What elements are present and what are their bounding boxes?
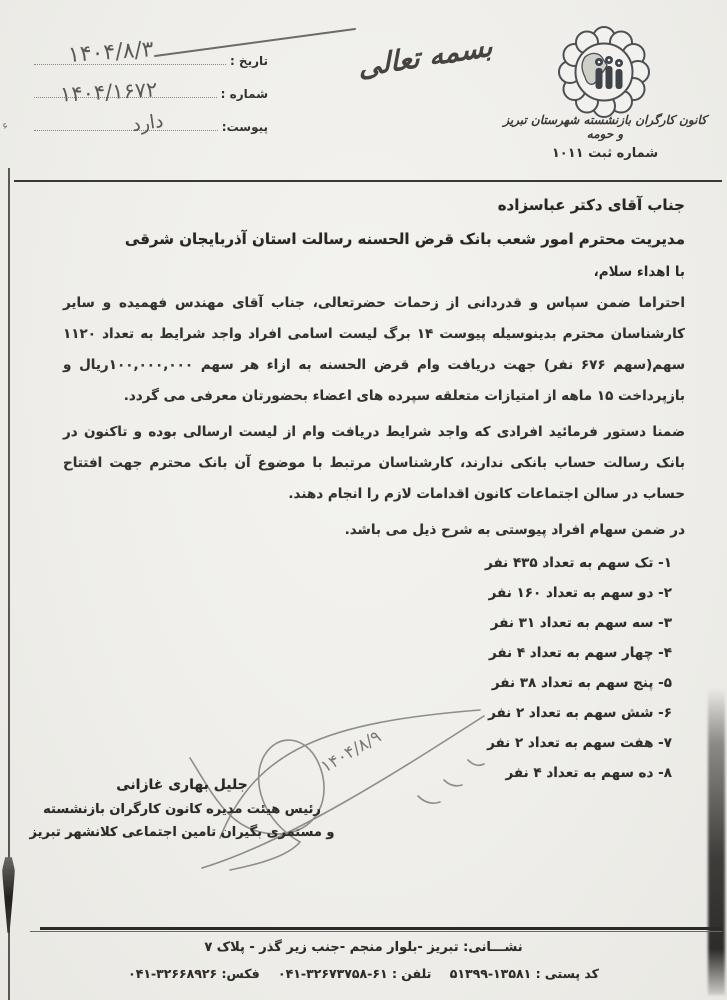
letter-body: جناب آقای دکتر عباسزاده مدیریت محترم امو… — [63, 194, 685, 551]
handwritten-stroke — [120, 22, 370, 62]
fax: فکس: ۰۴۱-۳۲۶۶۸۹۲۶ — [128, 966, 260, 981]
list-item: ۲- دو سهم به تعداد ۱۶۰ نفر — [485, 578, 672, 608]
handwritten-number: ۱۴۰۴/۱۶۷۲ — [59, 77, 157, 106]
paragraph-1: احتراما ضمن سپاس و قدردانی از زحمات حضرت… — [63, 288, 685, 412]
signer-title-1: رئیس هیئت مدیره کانون کارگران بازنشسته — [26, 802, 338, 817]
recipient-name: جناب آقای دکتر عباسزاده — [63, 194, 685, 216]
postal-value: ۵۱۳۹۹-۱۳۵۸۱ — [450, 966, 531, 981]
list-item: ۸- ده سهم به تعداد ۴ نفر — [485, 758, 672, 788]
header-divider — [14, 180, 722, 182]
list-item: ۶- شش سهم به تعداد ۲ نفر — [485, 698, 672, 728]
footer-divider-thin — [30, 931, 722, 932]
scan-artifact-small-scribble: ء — [0, 117, 10, 132]
attachment-label: پیوست: — [222, 120, 268, 134]
list-item: ۴- چهار سهم به تعداد ۴ نفر — [485, 638, 672, 668]
fax-label: فکس: — [222, 966, 260, 981]
phone-label: تلفن : — [392, 966, 431, 981]
org-logo-emblem — [505, 24, 703, 120]
people-figures — [595, 56, 623, 89]
handwritten-attachment: دارد — [131, 110, 165, 136]
org-logo — [505, 24, 703, 120]
salutation: با اهداء سلام، — [63, 261, 685, 283]
recipient-title: مدیریت محترم امور شعب بانک قرض الحسنه رس… — [63, 228, 685, 250]
scanned-letter-page: { "document": { "stationery": { "date_la… — [0, 0, 727, 1000]
scan-artifact-pen-mark — [2, 857, 15, 933]
phone: تلفن : ۰۴۱-۳۲۶۷۳۷۵۸-۶۱ — [274, 966, 432, 981]
footer-contacts: کد پستی : ۵۱۳۹۹-۱۳۵۸۱ تلفن : ۰۴۱-۳۲۶۷۳۷۵… — [0, 966, 727, 981]
list-item: ۱- تک سهم به تعداد ۴۳۵ نفر — [485, 548, 672, 578]
footer-address: نشـــانی: تبریز -بلوار منجم -جنب زیر گذر… — [0, 940, 727, 955]
list-item: ۵- پنج سهم به تعداد ۳۸ نفر — [485, 668, 672, 698]
phone-value: ۰۴۱-۳۲۶۷۳۷۵۸-۶۱ — [278, 966, 388, 981]
registration-number: شماره ثبت ۱۰۱۱ — [520, 146, 690, 161]
paragraph-2: ضمنا دستور فرمائید افرادی که واجد شرایط … — [63, 417, 685, 510]
fax-value: ۰۴۱-۳۲۶۶۸۹۲۶ — [128, 966, 217, 981]
dotted-leader — [34, 129, 218, 131]
list-item: ۳- سه سهم به تعداد ۳۱ نفر — [485, 608, 672, 638]
signer-title-2: و مستمری بگیران تامین اجتماعی کلانشهر تب… — [26, 825, 338, 840]
signature-block: جلیل بهاری غازانی رئیس هیئت مدیره کانون … — [26, 777, 338, 848]
org-name: کانون کارگران بازنشسته شهرستان تبریز و ح… — [500, 113, 710, 141]
postal-code: کد پستی : ۵۱۳۹۹-۱۳۵۸۱ — [445, 966, 599, 981]
signer-name: جلیل بهاری غازانی — [26, 777, 338, 793]
shares-list: ۱- تک سهم به تعداد ۴۳۵ نفر ۲- دو سهم به … — [485, 548, 672, 788]
footer-divider-thick — [40, 927, 722, 930]
list-item: ۷- هفت سهم به تعداد ۲ نفر — [485, 728, 672, 758]
postal-label: کد پستی : — [536, 966, 599, 981]
paragraph-3: در ضمن سهام افراد پیوستی به شرح ذیل می ب… — [63, 515, 685, 546]
number-label: شماره : — [221, 87, 268, 101]
